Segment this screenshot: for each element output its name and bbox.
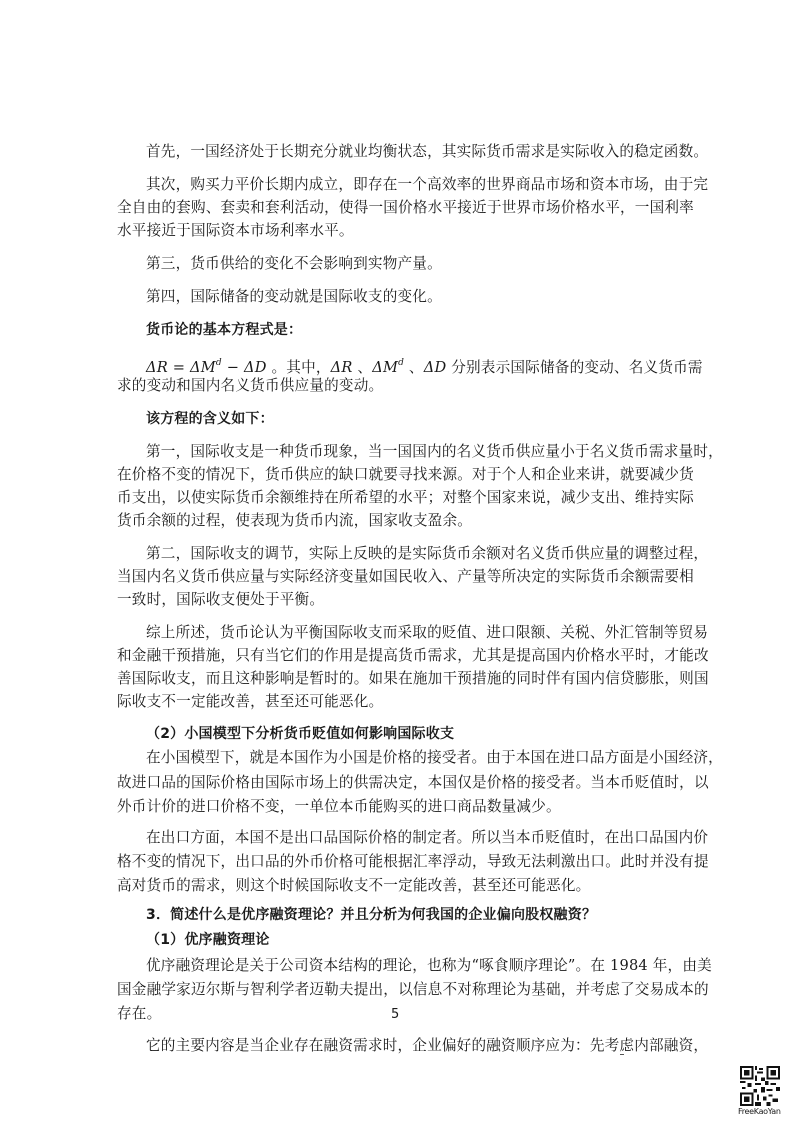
section-heading: 3．简述什么是优序融资理论？并且分析为何我国的企业偏向股权融资？ [146, 905, 596, 925]
paragraph-line: 在小国模型下，就是本国作为小国是价格的接受者。由于本国在进口品方面是小国经济， [146, 748, 723, 768]
section-heading: （2）小国模型下分析货币贬值如何影响国际收支 [146, 724, 454, 744]
equation-text: 分别表示国际储备的变动、名义货币需 [446, 359, 702, 376]
paragraph-line: 格不变的情况下，出口品的外币价格可能根据汇率浮动，导致无法刺激出口。此时并没有提 [117, 852, 709, 872]
paragraph-line: 优序融资理论是关于公司资本结构的理论，也称为“啄食顺序理论”。在 1984 年，… [146, 956, 712, 976]
paragraph-line: 第二，国际收支的调节，实际上反映的是实际货币余额对名义货币供应量的调整过程， [146, 544, 708, 564]
paragraph-line: 水平接近于国际资本市场利率水平。 [117, 221, 354, 241]
page-number: 5 [391, 1007, 399, 1022]
equation-text: 、 [404, 359, 424, 376]
equation-symbol: ΔM [372, 359, 398, 376]
paragraph-line: 故进口品的国际价格由国际市场上的供需决定，本国仅是价格的接受者。当本币贬值时，以 [117, 773, 709, 793]
paragraph-line: 求的变动和国内名义货币供应量的变动。 [117, 376, 383, 396]
paragraph-line: 全自由的套购、套卖和套利活动，使得一国价格水平接近于世界市场价格水平，一国利率 [117, 198, 694, 218]
section-heading: 该方程的含义如下： [146, 409, 274, 429]
paragraph-line: 它的主要内容是当企业存在融资需求时，企业偏好的融资顺序应为：先考虑内部融资， [146, 1036, 708, 1056]
paragraph-line: 一致时，国际收支便处于平衡。 [117, 590, 324, 610]
paragraph-line: 际收支不一定能改善，甚至还可能恶化。 [117, 692, 383, 712]
watermark-label: FreeKaoYan [738, 1107, 781, 1116]
paragraph-line: 外币计价的进口价格不变，一单位本币能购买的进口商品数量减少。 [117, 797, 561, 817]
equation-symbol: − ΔD [222, 359, 267, 376]
paragraph-line: 善国际收支，而且这种影响是暂时的。如果在施加干预措施的同时伴有国内信贷膨胀，则国 [117, 669, 709, 689]
paragraph-line: 第四，国际储备的变动就是国际收支的变化。 [146, 287, 442, 307]
paragraph-line: 首先，一国经济处于长期充分就业均衡状态，其实际货币需求是实际收入的稳定函数。 [146, 142, 708, 162]
paragraph-line: 币支出，以使实际货币余额维持在所希望的水平；对整个国家来说，减少支出、维持实际 [117, 488, 694, 508]
paragraph-line: 和金融干预措施，只有当它们的作用是提高货币需求，尤其是提高国内价格水平时，才能改 [117, 646, 709, 666]
paragraph-line: 高对货币的需求，则这个时候国际收支不一定能改善，甚至还可能恶化。 [117, 876, 590, 896]
section-heading: 货币论的基本方程式是： [146, 320, 302, 340]
qr-code-icon [740, 1066, 780, 1106]
paragraph-line: 货币余额的过程，使表现为货币内流，国家收支盈余。 [117, 511, 472, 531]
paragraph-line: 在出口方面，本国不是出口品国际价格的制定者。所以当本币贬值时，在出口品国内价 [146, 828, 708, 848]
paragraph-line: 存在。 [117, 1004, 161, 1024]
equation-symbol: ΔR = ΔM [146, 359, 216, 376]
equation-text: 、 [353, 359, 373, 376]
equation-text: 。其中， [267, 359, 331, 376]
paragraph-line: 第三，货币供给的变化不会影响到实物产量。 [146, 254, 442, 274]
paragraph-line: 综上所述，货币论认为平衡国际收支而采取的贬值、进口限额、关税、外汇管制等贸易 [146, 623, 708, 643]
paragraph-line: 在价格不变的情况下，货币供应的缺口就要寻找来源。对于个人和企业来讲，就要减少货 [117, 465, 694, 485]
paragraph-line: 其次，购买力平价长期内成立，即存在一个高效率的世界商品市场和资本市场，由于完 [146, 175, 708, 195]
paragraph-line: 当国内名义货币供应量与实际经济变量如国民收入、产量等所决定的实际货币余额需要相 [117, 567, 694, 587]
equation-symbol: ΔD [424, 359, 447, 376]
paragraph-line: 第一，国际收支是一种货币现象，当一国国内的名义货币供应量小于名义货币需求量时， [146, 442, 723, 462]
equation-line: ΔR = ΔMd − ΔD 。其中，ΔR 、ΔMd 、ΔD 分别表示国际储备的变… [146, 353, 703, 378]
equation-symbol: ΔR [331, 359, 353, 376]
footer-mark [620, 1054, 624, 1055]
section-heading: （1）优序融资理论 [146, 930, 270, 950]
paragraph-line: 国金融学家迈尔斯与智利学者迈勒夫提出，以信息不对称理论为基础，并考虑了交易成本的 [117, 980, 709, 1000]
